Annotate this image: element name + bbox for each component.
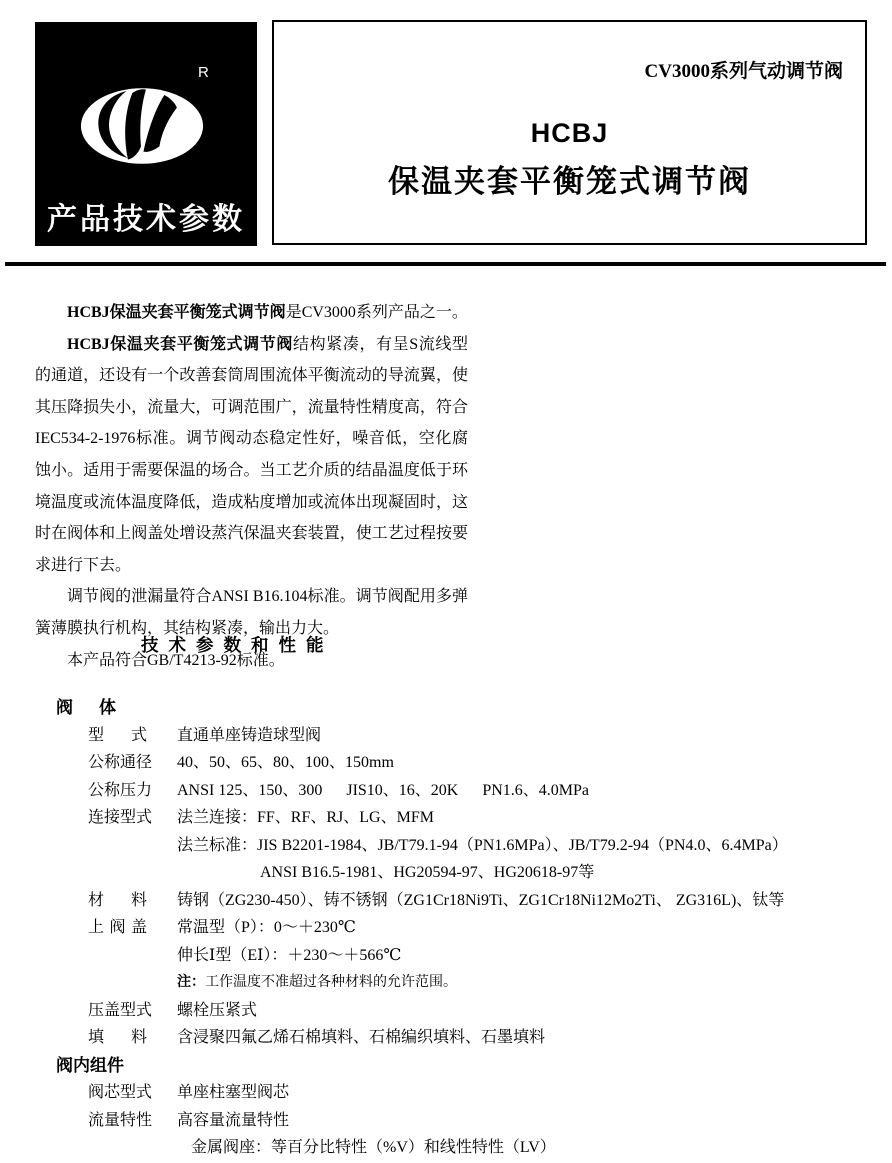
- spec-row-metal-seat: 金属阀座：等百分比特性（%V）和线性特性（LV）: [88, 1134, 880, 1162]
- datasheet-page: R 产品技术参数 CV3000系列气动调节阀 HCBJ 保温夹套平衡笼式调节阀 …: [0, 0, 892, 1163]
- spec-row-type: 型式直通单座铸造球型阀: [88, 722, 880, 750]
- spec-row-temperature-note: 注：工作温度不准超过各种材料的允许范围。: [88, 969, 880, 997]
- spec-label: 公称压力: [88, 777, 147, 805]
- brand-panel: R 产品技术参数: [35, 22, 257, 246]
- spec-value: 高容量流量特性: [177, 1112, 289, 1129]
- model-title: HCBJ: [274, 118, 865, 149]
- header-title-box: CV3000系列气动调节阀 HCBJ 保温夹套平衡笼式调节阀: [272, 20, 867, 245]
- spec-row-material: 材料铸钢（ZG230-450）、铸不锈钢（ZG1Cr18Ni9Ti、ZG1Cr1…: [88, 887, 880, 915]
- spec-row-flange-standard-cont: ANSI B16.5-1981、HG20594-97、HG20618-97等: [88, 859, 880, 887]
- registered-trademark-mark: R: [198, 64, 209, 81]
- spec-label: 连接型式: [88, 804, 147, 832]
- series-title: CV3000系列气动调节阀: [645, 56, 843, 83]
- intro-paragraph-2-text: 结构紧凑，有呈S流线型的通道，还设有一个改善套筒周围流体平衡流动的导流翼，使其压…: [35, 336, 468, 574]
- spec-value: 伸长Ⅰ型（EⅠ）：＋230～＋566℃: [177, 947, 401, 964]
- note-text: 工作温度不准超过各种材料的允许范围。: [205, 975, 457, 990]
- note-prefix: 注：: [177, 975, 205, 990]
- spec-value: 铸钢（ZG230-450）、铸不锈钢（ZG1Cr18Ni9Ti、ZG1Cr18N…: [177, 892, 784, 909]
- spec-value: 金属阀座：等百分比特性（%V）和线性特性（LV）: [177, 1139, 556, 1156]
- spec-list: 阀体 型式直通单座铸造球型阀 公称通径40、50、65、80、100、150mm…: [35, 694, 880, 1162]
- intro-paragraph-2: HCBJ保温夹套平衡笼式调节阀结构紧凑，有呈S流线型的通道，还设有一个改善套筒周…: [35, 329, 468, 582]
- spec-row-bonnet: 上阀盖常温型（P）：0～＋230℃: [88, 914, 880, 942]
- spec-value: 40、50、65、80、100、150mm: [177, 754, 394, 771]
- spec-row-nominal-diameter: 公称通径40、50、65、80、100、150mm: [88, 749, 880, 777]
- spec-label: 压盖型式: [88, 997, 147, 1025]
- spec-row-nominal-pressure: 公称压力ANSI 125、150、300 JIS10、16、20K PN1.6、…: [88, 777, 880, 805]
- spec-value: 含浸聚四氟乙烯石棉填料、石棉编织填料、石墨填料: [177, 1029, 545, 1046]
- brand-logo-icon: [79, 86, 205, 166]
- spec-label: 阀芯型式: [88, 1079, 147, 1107]
- product-title: 保温夹套平衡笼式调节阀: [274, 156, 865, 201]
- valve-body-heading-label: 阀体: [56, 694, 116, 722]
- spec-value: 螺栓压紧式: [177, 1002, 257, 1019]
- section-heading: 技术参数和性能: [141, 632, 334, 657]
- spec-row-bonnet-extended: 伸长Ⅰ型（EⅠ）：＋230～＋566℃: [88, 942, 880, 970]
- spec-label: 型式: [88, 722, 147, 750]
- spec-label: 上阀盖: [88, 914, 147, 942]
- spec-row-flange-standard: 法兰标准：JIS B2201-1984、JB/T79.1-94（PN1.6MPa…: [88, 832, 880, 860]
- brand-caption: 产品技术参数: [35, 194, 257, 238]
- spec-value: ANSI 125、150、300 JIS10、16、20K PN1.6、4.0M…: [177, 782, 589, 799]
- spec-value: 直通单座铸造球型阀: [177, 727, 321, 744]
- intro-paragraph-1-bold: HCBJ保温夹套平衡笼式调节阀: [67, 304, 286, 321]
- spec-value: 法兰连接：FF、RF、RJ、LG、MFM: [177, 809, 434, 826]
- valve-body-heading: 阀体: [56, 694, 880, 722]
- intro-paragraph-1: HCBJ保温夹套平衡笼式调节阀是CV3000系列产品之一。: [35, 297, 468, 329]
- spec-value: 单座柱塞型阀芯: [177, 1084, 289, 1101]
- spec-row-plug-type: 阀芯型式单座柱塞型阀芯: [88, 1079, 880, 1107]
- spec-row-flow-characteristic: 流量特性高容量流量特性: [88, 1107, 880, 1135]
- intro-text-block: HCBJ保温夹套平衡笼式调节阀是CV3000系列产品之一。 HCBJ保温夹套平衡…: [35, 297, 468, 676]
- spec-row-connection-type: 连接型式法兰连接：FF、RF、RJ、LG、MFM: [88, 804, 880, 832]
- spec-label: 流量特性: [88, 1107, 147, 1135]
- trim-heading-label: 阀内组件: [56, 1056, 124, 1075]
- intro-paragraph-1-text: 是CV3000系列产品之一。: [286, 304, 468, 321]
- spec-label: 填料: [88, 1024, 147, 1052]
- spec-row-packing: 填料含浸聚四氟乙烯石棉填料、石棉编织填料、石墨填料: [88, 1024, 880, 1052]
- spec-row-gland-type: 压盖型式螺栓压紧式: [88, 997, 880, 1025]
- header-divider-rule: [5, 262, 886, 266]
- spec-label: 公称通径: [88, 749, 147, 777]
- spec-label: 材料: [88, 887, 147, 915]
- spec-value: 法兰标准：JIS B2201-1984、JB/T79.1-94（PN1.6MPa…: [177, 837, 788, 854]
- intro-paragraph-2-bold: HCBJ保温夹套平衡笼式调节阀: [67, 336, 293, 353]
- trim-heading: 阀内组件: [56, 1052, 880, 1080]
- spec-value: 常温型（P）：0～＋230℃: [177, 919, 356, 936]
- spec-value: ANSI B16.5-1981、HG20594-97、HG20618-97等: [177, 864, 594, 881]
